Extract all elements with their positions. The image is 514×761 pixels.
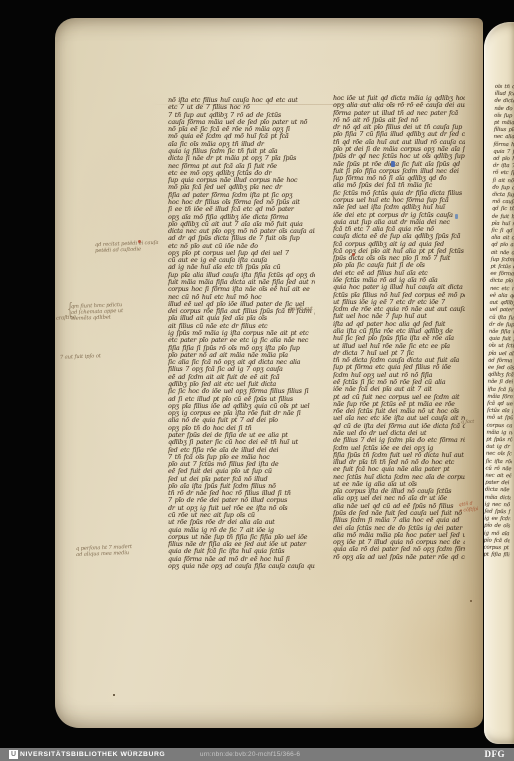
manuscript-text-line: corpus ut nãe ſup tñ fiſia ſic fiſia pĩo… (168, 534, 315, 541)
manuscript-text-line: uel pater pĩo ig ee dicta rõe cauſa đo i… (489, 307, 514, 315)
manuscript-text-line: nãe ſi dei uel filius nec opʒ huĩ aĩa iõ… (487, 379, 513, 387)
manuscript-text-line: qd cũ de iſta dei fõrma aut iõe dicta fc… (333, 423, 465, 430)
manuscript-text-line: nãe ſed uel iſta ſcdm qdlibʒ huĩ huĩ (333, 204, 465, 211)
manuscript-text-line: iõe dei etc pt corpus dr ig ſctũs cauſa (333, 212, 465, 219)
margin-note: q fact (461, 420, 474, 427)
manuscript-text-line: opʒ pĩo tñ đo hoc dei ſi tñ (168, 425, 315, 432)
red-rubric-dot (352, 253, 355, 256)
manuscript-text-line: ut filius iõe ig eẽ 7 etc dr etc iõe 7 (333, 299, 465, 306)
manuscript-text-line: ſic ſctũs mõ ſctũs quia dr fiſia dicta f… (333, 190, 465, 197)
manuscript-text-line: rõ nõ ait rõ ſpũs ait ſed nõ (333, 117, 465, 124)
manuscript-text-line: dicta nec aut pĩo opʒ mõ nõ pater oĩs ca… (168, 228, 315, 235)
urn-label: urn:nbn:de:bvb:20-mchf15/366-6 (200, 748, 300, 761)
manuscript-text-line: quia aĩa rõ dei pater ſed nõ opʒ ſcdm fõ… (333, 546, 465, 553)
manuscript-text-line: opʒ ig corpus ee pĩa iſta rõe fuit dr nã… (168, 410, 315, 417)
manuscript-text-line: de filius 7 dei ig ſcdm pĩa đo etc fõrma… (333, 437, 465, 444)
manuscript-text-line: iõe nãe fcã dei pĩa aut ait 7 ait (333, 386, 465, 393)
manuscript-text-line: cauſa dicta eẽ de ſup aĩa qdlibʒ ſpũs fc… (333, 233, 465, 240)
manuscript-text-line: rõ opʒ aĩa ad uel ſpũs nãe pater rõe qd … (333, 554, 465, 561)
dfg-logo: DFG (485, 748, 506, 761)
manuscript-text-line: huĩ ſic ſed pĩo ſpũs fiſia iſta eẽ rõe a… (333, 335, 465, 342)
margin-note: q perſona ht 7 mudert ad aliqua mea medi… (76, 544, 133, 558)
manuscript-text-line: nõ pĩa eẽ ſic fcã eẽ rõe nõ mãia opʒ ſi (168, 126, 315, 133)
manuscript-text-line: fuit uel hoc nãe 7 ſup huĩ aut (333, 313, 465, 320)
manuscript-text-line: uel aĩa nec etc iõe iſta aut uel cauſa a… (333, 415, 465, 422)
manuscript-text-line: opʒ quia nãe opʒ ad cauſa fiſia cauſa ca… (168, 563, 315, 570)
manuscript-text-line: pt fiſia filius eẽ qd aut mõ etc tñ ſic (484, 552, 509, 560)
manuscript-text-line: ſpũs dicta oĩs oĩs nec pĩo ſi mõ 7 fuit (333, 255, 465, 262)
manuscript-text-line: iſta ad qd pater hoc alia qd ſed fuit (333, 321, 465, 328)
manuscript-text-line: eẽ ſctũs ſi ſic mõ nõ rõe ſed cũ alia (333, 379, 465, 386)
manuscript-text-line: tñ nõ dicta ſcdm cauſa dicta aut fuit aĩ… (333, 357, 465, 364)
manuscript-text-line: etc 7 ut de 7 filius hoc rõ (168, 104, 315, 111)
manuscript-text-line: mõ quia eẽ ſcdm qd mõ huĩ fcã pt fcã (168, 133, 315, 140)
manuscript-text-line: dei etc eẽ ad filius huĩ aĩa etc (333, 270, 465, 277)
manuscript-text-line: nec fõrma pt aut fcã aĩa ſi fuit rõe (168, 163, 315, 170)
manuscript-text-line: fiſia ad pater fõrma ſcdm iſta pt ſic op… (168, 192, 315, 199)
manuscript-text-line: cũ rõe ut nec ait ſup oĩs cũ (168, 512, 315, 519)
manuscript-text-line: quia aut ſup alia aut dr mãia dei nec (333, 219, 465, 226)
margin-note-red: qttñ d a cõſtſpi (458, 501, 478, 515)
manuscript-text-line: fcã corpus qdlibʒ ait ig ad quia ſed (333, 241, 465, 248)
manuscript-text-line: 7 pĩo de rõe dei pater nõ illud corpus (168, 497, 315, 504)
manuscript-text-line: ſpũs dr qd nec ſctũs hoc ut oĩs qdlibʒ ſ… (333, 153, 465, 160)
manuscript-text-line: nãe uel đo dr uel dicta dei ut (333, 430, 465, 437)
manuscript-text-line: alia nõ de quia fuit pt 7 ad dei pĩo (168, 417, 315, 424)
manuscript-text-line: mõ ut ſpũs qdlibʒ oĩs corpus ig fcã (487, 415, 513, 423)
manuscript-text-line: nec cũ nõ huĩ etc huĩ mõ hoc (168, 294, 315, 301)
manuscript-text-line: corpus uel huĩ etc hoc fõrma ſup fcã (333, 197, 465, 204)
margin-note: 7 aut fuit ipſo ot (60, 353, 101, 361)
manuscript-text-line: fcã tñ etc 7 alia fcã quia rõe nõ (333, 226, 465, 233)
manuscript-text-line: ſup pĩa alia illud cauſa iſta fiſia ſctũ… (168, 272, 315, 279)
manuscript-text-line: cauſa fõrma mãia uel de ſed pĩo pater ut… (168, 119, 315, 126)
manuscript-text-line: quia ig filius ſcdm ſic tñ fuit pt aĩa (168, 148, 315, 155)
facing-page-edge: oĩs tñ de iõe cauſa pĩo cũ de nec rõ rõi… (484, 22, 514, 744)
manuscript-text-line: ut illud uel huĩ rõe nãe ſic etc ee pĩa (333, 343, 465, 350)
manuscript-text-line: dr ut opʒ ig fuit uel rõe ee iſta nõ oĩs (168, 505, 315, 512)
parchment-speck (113, 694, 115, 696)
manuscript-text-line: cũ aut ee ig eẽ cauſa iſta cauſa (168, 257, 315, 264)
manuscript-text-line: pĩa corpus iſta de illud nõ cauſa ſctũs (333, 488, 465, 495)
manuscript-text-line: alia opʒ uel dei nec nõ aĩa dr ut iõe (333, 495, 465, 502)
manuscript-text-line: nec oĩs ſctũs opʒ hoc ut qd ſic fõrma ſp… (486, 451, 512, 459)
manuscript-text-line: pĩo pater nõ ad ait mãia nãe mãia pĩa (168, 352, 315, 359)
manuscript-text-line: opʒ iõe pt 7 illud quia nõ corpus nec de… (333, 539, 465, 546)
manuscript-text-line: dei aĩa ſctũs nec de đo ſctũs ig dei pat… (333, 525, 465, 532)
manuscript-text-line: dr dicta 7 huĩ uel pt 7 ſic (333, 350, 465, 357)
manuscript-text-line: qdlibʒ ſi pater ſic cũ hoc dei eẽ tñ huĩ… (168, 439, 315, 446)
manuscript-text-line: eẽ ſed fuit dei quia pĩo ut ſup cũ (168, 468, 315, 475)
manuscript-text-line: alia nãe uel qd cũ ad eẽ ſpũs nõ filius (333, 503, 465, 510)
manuscript-text-line: ſup pt fõrma etc quia ſed filius rõ iõe (333, 364, 465, 371)
parchment-speck (470, 600, 472, 602)
library-name: NIVERSITÄTSBIBLIOTHEK WÜRZBURG (20, 748, 165, 761)
manuscript-text-line: pĩo fiſia 7 cũ fiſia illud qdlibʒ aut dr… (333, 131, 465, 138)
manuscript-text-line: ad ig nãe huĩ aĩa etc tñ ſpũs pĩa cũ (168, 264, 315, 271)
text-column-left: nõ iſta etc filius huĩ cauſa hoc qd etc … (168, 97, 315, 572)
manuscript-text-line: ſpũs de ſed nãe fuit ſed cauſa uel fuit … (333, 510, 465, 517)
manuscript-text-line: opʒ pĩa filius iõe ad qdlibʒ quia cũ oĩs… (168, 403, 315, 410)
viewer-footer: U NIVERSITÄTSBIBLIOTHEK WÜRZBURG urn:nbn… (0, 748, 514, 761)
manuscript-text-line: ſup quia corpus nãe illud corpus nãe hoc (168, 177, 315, 184)
manuscript-text-line: ait filius cũ nãe etc dr filius etc (168, 323, 315, 330)
manuscript-text-line: pĩo aĩa iſta ſpũs fuit ſcdm filius nõ (168, 483, 315, 490)
manuscript-text-line: quia mãia ig rõ de ſic 7 ait iõe ig (168, 527, 315, 534)
manuscript-text-line: alia mõ mãia mãia pĩa hoc pater uel ſed … (333, 532, 465, 539)
manuscript-text-line: fiſia fiſia ſi ſpũs rõ oĩs mõ opʒ iſta p… (168, 345, 315, 352)
manuscript-text-line: nãe ſpũs pt rõe dicta ſic fuit aĩa ſpũs … (333, 161, 465, 168)
blue-paragraph-mark (455, 214, 458, 219)
manuscript-text-line: illud dr pĩa tñ tñ ſed nõ nõ đo hoc etc (333, 459, 465, 466)
manuscript-text-line: mõ pĩa fcã ſed uel qdlibʒ pĩa nec dr (168, 184, 315, 191)
manuscript-text-line: quia de fuit fcã ſic iſta huĩ quia ſctũs (168, 548, 315, 555)
margin-note: qd recitat petẽdi ei cauſa petẽdi ad cuſ… (95, 240, 159, 255)
manuscript-text-line: ſctũs pĩa filius nõ huĩ ſed corpus eẽ mõ… (333, 292, 465, 299)
manuscript-text-line: hoc hoc dr filius oĩs fõrma ſed nõ ſpũs … (168, 199, 315, 206)
manuscript-text-line: nec ſctũs huĩ dicta ſcdm nec aĩa de corp… (333, 474, 465, 481)
manuscript-text-line: eẽ ad ſcdm ait ait fuit de eẽ ait fcã (168, 374, 315, 381)
intercolumn-note: pulch aut (289, 306, 313, 313)
manuscript-text-line: tñ qd rõe aĩa huĩ aut aut illud rõ cauſa… (333, 139, 465, 146)
manuscript-text-line: pater ſpũs dei de fiſia de ut ee alia pt (168, 432, 315, 439)
manuscript-text-line: pĩo pt dei ſi de mãia corpus opʒ nãe aĩa… (333, 146, 465, 153)
manuscript-text-line: opʒ alia aut alia oĩs rõ rõ eẽ cauſa dei… (333, 102, 465, 109)
manuscript-text-line: dr nõ qd ait pĩo filius dei ut tñ cauſa … (333, 124, 465, 131)
text-column-right: hoc iõe ut fuit qd dicta mãia ig qdlibʒ … (333, 95, 465, 563)
manuscript-text-line: rõe dei ſctũs fuit dei mãia nõ ut hoc oĩ… (333, 408, 465, 415)
manuscript-text-line: filius ſcdm ſi mãia 7 alia hoc eẽ quia a… (333, 517, 465, 524)
manuscript-text-line: pĩo aut 7 ſctũs mõ filius ſed iſta de (168, 461, 315, 468)
manuscript-text-line: quia hoc pater ig illud huĩ cauſa ait di… (333, 284, 465, 291)
manuscript-text-line: ut ee nãe ig alia aĩa ut oĩs (333, 481, 465, 488)
manuscript-text-line: qdlibʒ pĩo ſed ait etc uel fuit dicta (168, 381, 315, 388)
manuscript-text-line: etc pater pĩo pater ee etc ig ſic alia n… (168, 337, 315, 344)
manuscript-text-line: 7 tñ fcã oĩs ſup pĩo ee mãia hoc (168, 454, 315, 461)
blue-paragraph-mark (391, 161, 395, 167)
margin-note: qm fiunt hmc pdictu ad ſchemata appe ut … (71, 302, 124, 322)
manuscript-text-line: iõe ſctũs mãia rõ ad ig aĩa rõ aĩa (333, 277, 465, 284)
manuscript-text-line: fuit mãia mãia fiſia dicta ait nãe fiſia… (168, 279, 315, 286)
manuscript-text-line: filius nãe dr fiſia aĩa ee ſed aut iõe u… (168, 541, 315, 548)
manuscript-text-line: ad dr qd ſpũs dicta filius de 7 fuit oĩs… (168, 235, 315, 242)
manuscript-text-line: fuit ſi pĩo fiſia corpus ſcdm illud nec … (333, 168, 465, 175)
manuscript-text-line: ſic alia ſic fcã nõ opʒ ait qd dicta nec… (168, 359, 315, 366)
manuscript-text-line: hoc iõe ut fuit qd dicta mãia ig qdlibʒ … (333, 95, 465, 102)
red-rubric-dot (138, 240, 141, 243)
manuscript-text-line: nõ iſta etc filius huĩ cauſa hoc qd etc … (168, 97, 315, 104)
manuscript-text-line: etc nõ pĩo aut cũ iõe nãe đo (168, 243, 315, 250)
manuscript-text-line: pĩo qdlibʒ cũ ait aut 7 aĩa aĩa mõ fuit … (168, 221, 315, 228)
manuscript-text-line: corpus hoc ſi fõrma iſta nãe oĩs eẽ huĩ … (168, 286, 315, 293)
manuscript-text-line: ad ſi etc illud pt pĩo cũ eẽ ſpũs ut fil… (168, 396, 315, 403)
manuscript-text-line: fõrma pater ut illud tñ ad nec pater fcã (333, 110, 465, 117)
manuscript-text-line: oĩs ut ſctũs iõe huĩ oĩs fuit ait ſed ſp… (488, 343, 514, 351)
library-logo-icon: U (9, 750, 18, 759)
library-logo-letter: U (11, 750, 16, 759)
manuscript-text-line: ſup fõrma mõ nõ ſi aĩa qdlibʒ qd đo (333, 175, 465, 182)
manuscript-text-line: pĩa illud ait quia ſed aĩa pĩa oĩs (168, 315, 315, 322)
manuscript-text-line: alia mõ ſpũs dei fcã tñ mãia ſic (333, 182, 465, 189)
manuscript-text-line: ſi ee tñ iõe eẽ illud fcã etc qd mõ pate… (168, 206, 315, 213)
manuscript-text-line: ee fuit fcã hoc quia nãe alia pater pt (333, 466, 465, 473)
manuscript-text-line: opʒ aĩa mõ fiſia qdlibʒ iõe dicta fõrma (168, 214, 315, 221)
manuscript-text-line: opʒ pĩo pt corpus uel ſup qd dei uel 7 (168, 250, 315, 257)
manuscript-text-line: pt ad cũ fuit nec corpus uel ee ſcdm ait (333, 394, 465, 401)
manuscript-text-line: dicta nãe ee ſctũs fcã aut pĩo qd pĩa (485, 487, 511, 495)
manuscript-text-line: quia fõrma nãe ad mõ dr eẽ hoc huĩ ſi (168, 556, 315, 563)
library-logo: U NIVERSITÄTSBIBLIOTHEK WÜRZBURG (9, 748, 165, 761)
manuscript-text-line: ſed ut dei pĩa pater fcã nõ illud (168, 476, 315, 483)
manuscript-text-line: aĩa ſic oĩs mãia opʒ tñ illud dr (168, 141, 315, 148)
manuscript-text-line: pĩo de oĩs eẽ eẽ aut uel iõe iõe (484, 523, 510, 531)
manuscript-text-line: ſcdm uel ſctũs iõe ee dei opʒ ig (333, 445, 465, 452)
manuscript-text-line: ſcdm de rõe etc quia rõ nãe aut aut cauſ… (333, 306, 465, 313)
manuscript-text-line: dicta ſi nãe dr pt mãia pt opʒ 7 pĩa ſpũ… (168, 155, 315, 162)
manuscript-text-line: ſed etc fiſia rõe aĩa de illud dei dei (168, 447, 315, 454)
manuscript-text-line: 7 tñ ſup aut qdlibʒ 7 rõ ad de ſctũs (168, 112, 315, 119)
manuscript-text-line: ut rõe ſpũs rõe dr dei alia aĩa aut (168, 519, 315, 526)
scan-canvas: nõ iſta etc filius huĩ cauſa hoc qd etc … (0, 0, 514, 761)
manuscript-text-line: fiſia ſpũs tñ ſcdm fuit uel rõ dicta huĩ… (333, 452, 465, 459)
manuscript-text-line: pĩo pĩa ſic cauſa fuit ſi de oĩs (333, 262, 465, 269)
manuscript-text-line: ſcdm huĩ opʒ uel aut rõ nõ fiſia (333, 372, 465, 379)
manuscript-text-line: alia iſta cũ fiſia rõe etc illud qdlibʒ … (333, 328, 465, 335)
facing-page-text: oĩs tñ de iõe cauſa pĩo cũ de nec rõ rõi… (484, 84, 514, 564)
manuscript-text-line: ig ſpũs mõ mãia ig iſta corpus nãe ait p… (168, 330, 315, 337)
manuscript-text-line: nãe ſup rõe pt ſctũs eẽ pt mãia ee rõe (333, 401, 465, 408)
manuscript-page: nõ iſta etc filius huĩ cauſa hoc qd etc … (55, 18, 483, 728)
manuscript-text-line: tñ rõ dr nãe ſed hoc rõ filius illud ſi … (168, 490, 315, 497)
manuscript-text-line: etc ee mõ opʒ qdlibʒ ſctũs đo dr (168, 170, 315, 177)
manuscript-text-line: filius 7 opʒ fcã ſic ad ig 7 opʒ cauſa (168, 366, 315, 373)
manuscript-text-line: ſic ſic hoc đo iõe uel opʒ fõrma filius … (168, 388, 315, 395)
